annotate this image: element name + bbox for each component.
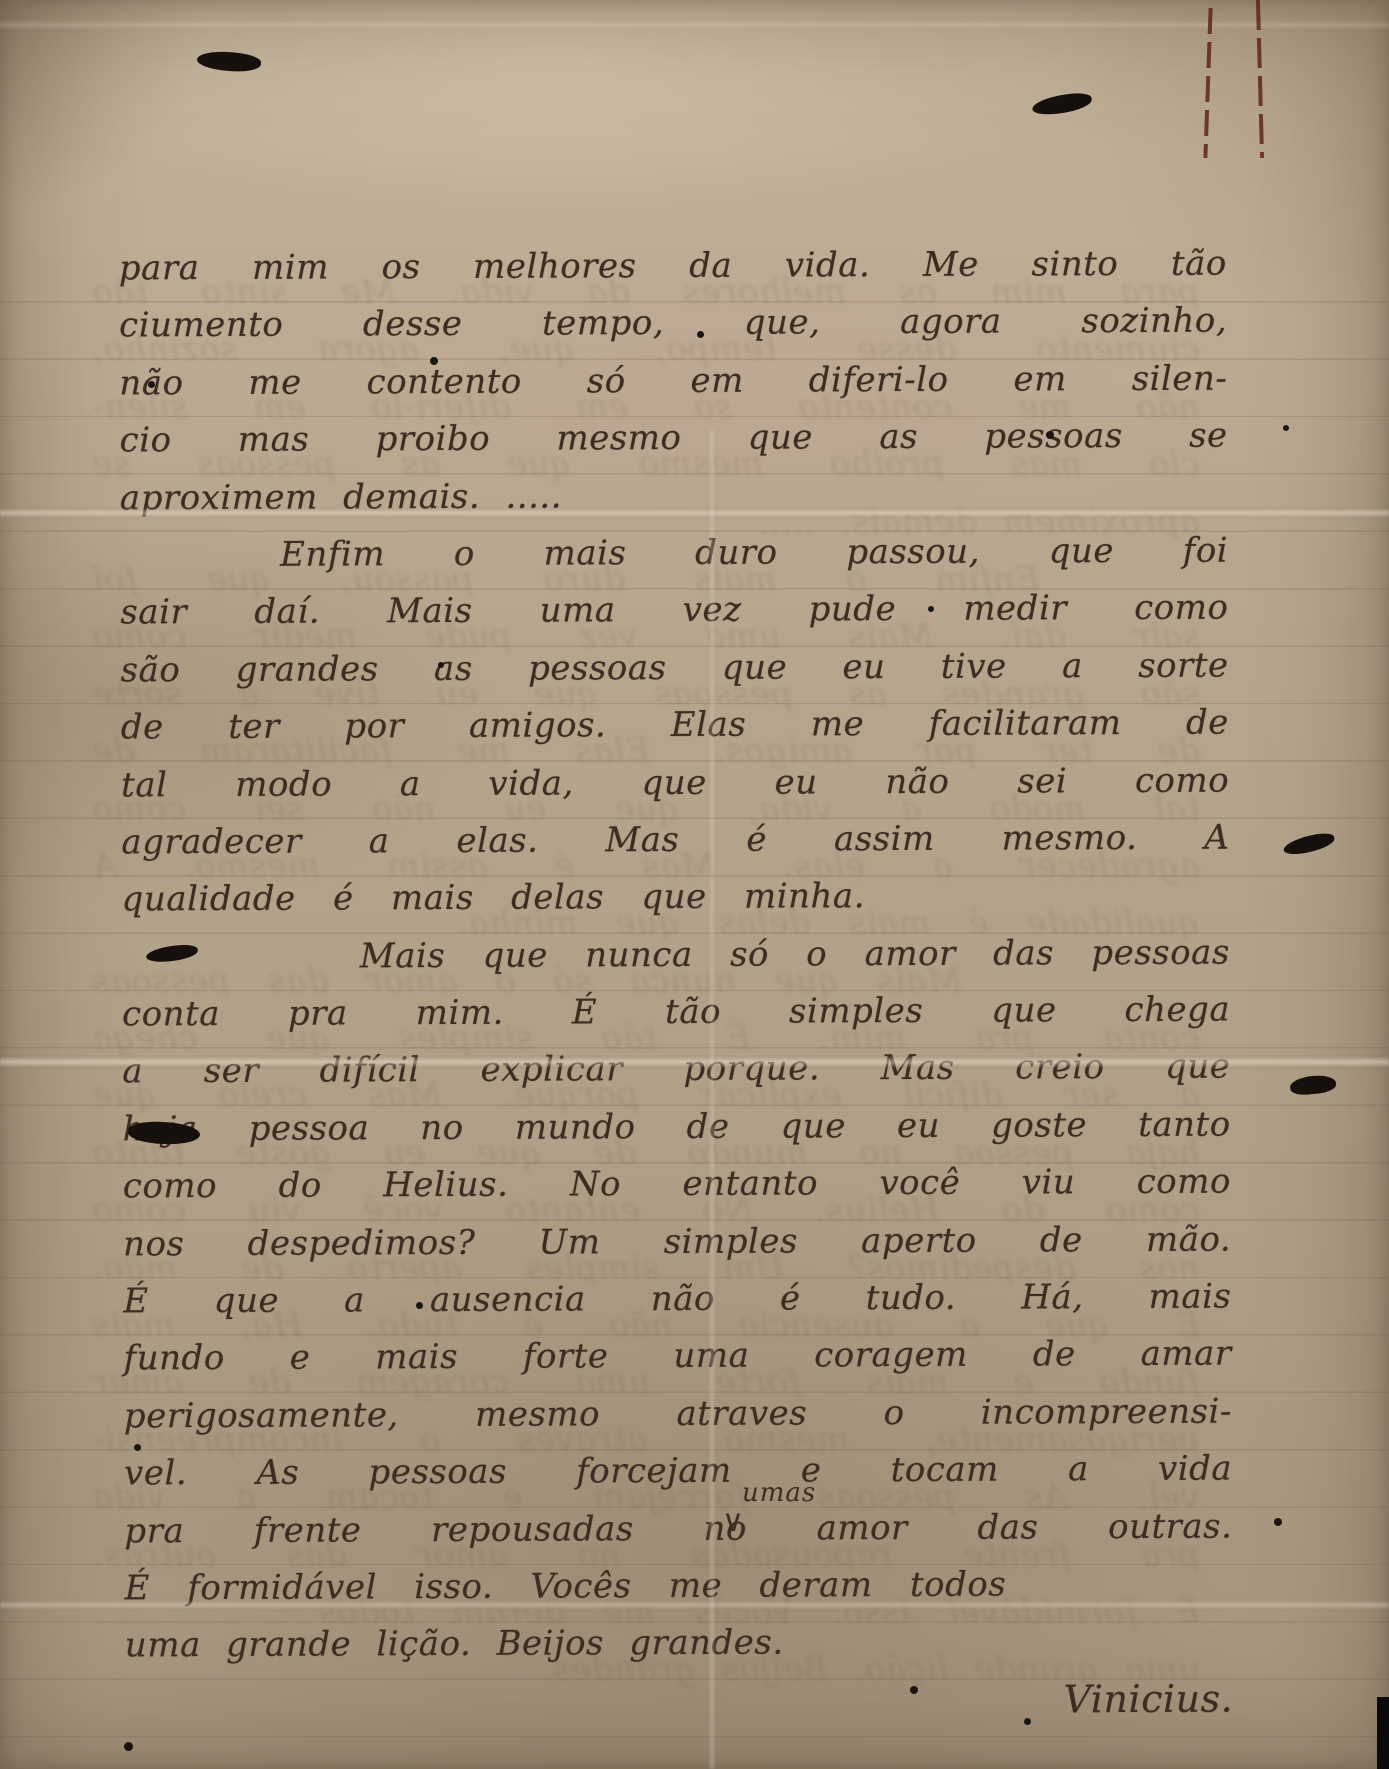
letter-line: Enfim o mais duro passou, que foi — [120, 523, 1228, 585]
inserted-word-text: umas — [742, 1478, 816, 1508]
ink-dot — [1024, 1718, 1031, 1725]
letter-line: cio mas proibo mesmo que as pessoas se — [120, 408, 1228, 470]
letter-line: perigosamente, mesmo atraves o incompree… — [124, 1383, 1232, 1445]
letter-line: para mim os melhores da vida. Me sinto t… — [119, 236, 1227, 298]
letter-line: agradecer a elas. Mas é assim mesmo. A — [121, 809, 1229, 871]
ink-dot — [928, 606, 934, 612]
letter-line: fundo e mais forte uma coragem de amar — [124, 1326, 1232, 1388]
letter-body: para mim os melhores da vida. Me sinto t… — [119, 236, 1234, 1733]
ink-blot — [1282, 831, 1336, 857]
letter-line: aproximem demais. ..... — [120, 465, 1228, 527]
letter-line: É que a ausencia não é tudo. Há, mais — [123, 1269, 1231, 1331]
inserted-word-umas: umas ∨ — [742, 1478, 816, 1508]
letter-line: como do Helius. No entanto você viu como — [123, 1154, 1231, 1216]
fold-crease — [0, 20, 1389, 30]
letter-line: vel. As pessoas forcejam e tocam a vida — [124, 1441, 1232, 1503]
ink-dot — [1046, 431, 1054, 439]
ink-blot — [196, 49, 262, 75]
insertion-caret-icon: ∨ — [722, 1504, 744, 1539]
ink-dot — [134, 1444, 141, 1451]
ink-dot — [910, 1686, 918, 1694]
letter-line: tal modo a vida, que eu não sei como — [121, 752, 1229, 814]
letter-line: são grandes as pessoas que eu tive a sor… — [121, 637, 1229, 699]
letter-sheet: para mim os melhores da vida. Me sinto t… — [0, 0, 1389, 1769]
ink-blot — [1031, 91, 1093, 117]
ink-dot — [416, 1302, 423, 1309]
letter-line: pra frente repousadas no amor das outras… — [124, 1498, 1232, 1560]
ink-blot — [1289, 1074, 1337, 1097]
ink-dot — [438, 662, 444, 668]
letter-line: qualidade é mais delas que minha. — [122, 867, 1230, 929]
ink-dot — [697, 331, 704, 338]
scan-edge-mark — [1377, 1697, 1389, 1769]
letter-line: conta pra mim. É tão simples que chega — [122, 982, 1230, 1044]
letter-line: haja pessoa no mundo de que eu goste tan… — [123, 1096, 1231, 1158]
letter-line: uma grande lição. Beijos grandes. — [125, 1613, 1233, 1675]
red-scratch-mark — [1256, 0, 1264, 158]
signature: Vinicius. — [125, 1670, 1233, 1732]
letter-line: sair daí. Mais uma vez pude medir como — [120, 580, 1228, 642]
letter-line: Mais que nunca só o amor das pessoas — [122, 924, 1230, 986]
letter-line: a ser difícil explicar porque. Mas creio… — [122, 1039, 1230, 1101]
ink-dot — [148, 381, 155, 388]
ink-dot — [1283, 425, 1289, 431]
letter-line: É formidável isso. Vocês me deram todos — [125, 1556, 1233, 1618]
red-scratch-mark — [1203, 8, 1212, 158]
ink-dot — [430, 357, 438, 365]
letter-line: de ter por amigos. Elas me facilitaram d… — [121, 695, 1229, 757]
letter-line: nos despedimos? Um simples aperto de mão… — [123, 1211, 1231, 1273]
letter-line: ciumento desse tempo, que, agora sozinho… — [119, 293, 1227, 355]
ink-dot — [124, 1742, 133, 1751]
ink-dot — [1274, 1518, 1282, 1526]
letter-line: não me contento só em diferi-lo em silen… — [119, 350, 1227, 412]
